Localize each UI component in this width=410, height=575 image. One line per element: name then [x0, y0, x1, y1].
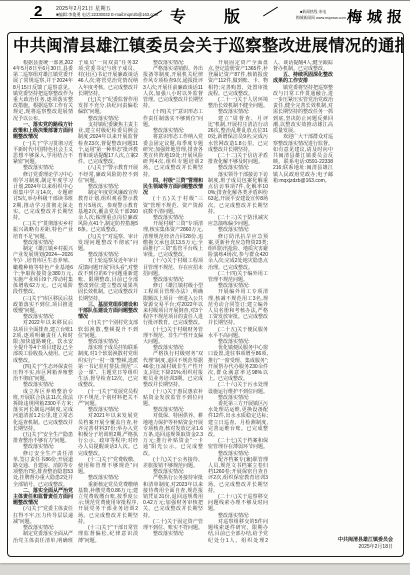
article-headline: 中共闽清县雄江镇委员会关于巡察整改进展情况的通报 [13, 37, 398, 56]
article-paragraph: 整改落实情况: [143, 531, 203, 537]
article-box: 中共闽清县雄江镇委员会关于巡察整改进展情况的通报 根据县委统一部署,2024年5… [7, 32, 404, 557]
hotline-line: ■新闻热线 来电 [300, 10, 326, 15]
article-paragraph: (一)关于“学习贯彻习近平新时代中国特色社会主义思想不够深入,学用结合不紧密”问… [13, 141, 73, 166]
article-paragraph: (十九)关于公务接待、差旅报销不够规范问题。 [143, 457, 203, 469]
article-paragraph: 开展固定资产全面盘点,登记造册资产1365件,补登漏记资产87件,核销报废资产1… [208, 60, 268, 97]
article-paragraph: (二十六)关于污水处理设施运行维护不到位问题。 [208, 382, 268, 394]
article-paragraph: 建立“周督查、月评比”机制,开展村庄清洁行动26次,整治乱堆乱放点位310处,新… [208, 116, 268, 153]
article-paragraph: 严格落实请销假、外出报备等制度,开展机关纪律作风专项检查9次,通报批评3人次;开… [143, 66, 203, 109]
article-paragraph: (十七)关于村级财务管理不规范、非生产性开支偏大问题。 [143, 327, 203, 346]
article-paragraph: (十五)关于村级“三资”管理不规范、资产资源底数不清问题。 [143, 196, 203, 215]
article-paragraph: (六)关于“党委主体责任扛得不牢,压力传导层层递减”问题。 [13, 506, 73, 525]
article-paragraph: (二十)关于固定资产管理不到位、账实不符问题。 [143, 519, 203, 531]
article-paragraph: (十四)关于“意识形态工作责任制落实不够到位”问题。 [143, 109, 203, 128]
article-paragraph: 制定年度党风廉政宣传教育计划,组织观看警示教育片5场次、参观警示教育基地2次,覆… [78, 190, 138, 233]
article-paragraph: 落实班子成员挂钩联系制度,对1个软弱涣散村党组织实行“一村一策”整顿,选派第一书… [78, 345, 138, 388]
article-paragraph: (二十三)关于防汛减灾应急演练偏少问题。 [208, 215, 268, 227]
article-paragraph: 委托第三方开展镇区污水处理站运维,更换设备配件12件,出水水质稳定达标;建立日巡… [208, 401, 268, 438]
masthead: 梅城报 [346, 6, 407, 27]
article-paragraph: 修订安全生产责任清单,签订责任书86份;开展道路交通、自建房、消防等专项整治7轮… [13, 451, 73, 488]
article-paragraph: (十三)关于“干部日常管理监督偏松,纪律意识淡薄”问题。 [78, 525, 138, 544]
article-paragraph: 严格执行村级财务“双代理”制度,退回不规范票据46张;压减村级非生产性开支,同比… [143, 351, 203, 388]
article-paragraph: (二十五)关于便民服务水平不高问题。 [208, 327, 268, 339]
signature-name: 中共闽清县雄江镇委员会 [338, 537, 393, 543]
section-heading: 一、落实党的路线方针政策和上级决策部署方面问题整改情况 [13, 122, 73, 141]
article-paragraph: (二十八)关于巡察移交问题线索办理不够及时问题。 [208, 494, 268, 513]
article-paragraph: 对低保、特困供养、耕地地力保护等补贴资金开展专项核查,核对发放记录1.6万条,追… [143, 413, 203, 456]
section-heading: 五、持续巩固深化整改成果的工作安排 [273, 72, 333, 84]
article-paragraph: 对2021年以来发展党员档案开展全覆盖自查,补齐完善材料37份;举办入党积极分子… [78, 413, 138, 456]
article-paragraph: 根据县委统一部署,2024年5月8日至6月30日,县委第二巡察组对雄江镇党委开展… [13, 60, 73, 122]
article-paragraph: (二十二)关于信访矛盾排查化解不够及时问题。 [208, 153, 268, 165]
article-paragraph: 将意识形态工作纳入党委会固定议题,每季度专题研究;加强阵地管理,排查各类宣传阵地… [143, 134, 203, 177]
section-heading: 四、村级“三资”管理和民生领域等方面问题整改情况 [143, 178, 203, 197]
article-paragraph: (九)关于“对巡察、审计发现问题整改不彻底”问题。 [78, 234, 138, 253]
article-paragraph: 配齐档案专(兼)职管理人员,规范文书档案立卷归档1260卷;开展保密自查自评2次… [208, 457, 268, 494]
article-paragraph: (二)关于“贯彻落实乡村振兴战略有差距,特色产业培育不足”问题。 [13, 221, 73, 240]
article-paragraph: (二十七)关于档案和保密管理存在薄弱环节问题。 [208, 438, 268, 450]
article-paragraph: (三)关于“库区移民后扶政策落实不到位,项目推进缓慢”问题。 [13, 296, 73, 315]
article-columns: 根据县委统一部署,2024年5月8日至6月30日,县委第二巡察组对雄江镇党委开展… [13, 60, 398, 548]
article-paragraph: 优化镇便民服务中心窗口设置,进驻事项增至86项,推行“一窗受理、集成服务”;开展… [208, 345, 268, 382]
article-paragraph: 镇党委将坚持把巡察整改与日常工作贯通融合,进一步压紧压实管党治党政治责任,健全完… [273, 85, 333, 135]
article-paragraph: 重新核定党员党费缴纳基数,补缴党费0.86万元;建立党费收缴台账,按季度公示;规… [78, 482, 138, 525]
article-paragraph: 成立库区养殖整治专班,开展联合执法11次,依法拆除违规网箱2300平方米;落实河… [13, 389, 73, 432]
article-paragraph: 落实领导干部接访下访制度,班子成员包案化解重点信访事项7件,化解率100%;排查… [208, 172, 268, 215]
article-paragraph: 制定《雄江镇乡村振兴产业发展规划(2024—2026年)》,培育库区生态养殖、橄… [13, 246, 73, 296]
article-paragraph: 支持镇纪委聚焦主责主业,建立村级纪检委员例会制度;2024年以来开展监督检查23… [78, 122, 138, 165]
article-paragraph: 严格执行公务接待审批和清单制度,对2023年以来接待费用全面自查,规范报销凭证3… [143, 475, 203, 518]
article-paragraph: (四)关于“生态环保责任压得不实,库区网箱养殖整治不彻底”问题。 [13, 364, 73, 383]
article-paragraph: (二十一)关于人居环境整治长效机制不健全问题。 [208, 97, 268, 109]
article-paragraph: (十二)关于“党费收缴、使用和管理不够规范”问题。 [78, 457, 138, 476]
article-paragraph: 开展村级“三资”专项清理,核实集体资产2860万元,清理规范经济合同28份,追缴… [143, 221, 203, 258]
signature-date: 2025年2月18日 [338, 544, 393, 550]
article-paragraph: 修订《雄江镇村级小型工程项目管理办法》,明确限额以上项目一律进入公共资源交易平台… [143, 283, 203, 326]
edition-title: 专版 [170, 4, 278, 27]
article-paragraph: (八)关于“警示教育开展不经常,廉政风险防控不到位”问题。 [78, 165, 138, 184]
article-paragraph: (十六)关于村级工程项目管理不规范、存在应招未招问题。 [143, 258, 203, 277]
article-paragraph: (十一)关于“发展党员程序不规范,个别材料把关不严”问题。 [78, 389, 138, 408]
article-paragraph: (五)关于“安全生产隐患排查整治不够有力”问题。 [13, 432, 73, 444]
article-paragraph: 对2022年以来移民后扶项目全面排查,建立台账12项,逐项明确责任人和时限;加快… [13, 320, 73, 363]
article-paragraph: 修订党委理论学习中心组学习制度,制定年度学习计划,2024年以来组织中心组集中学… [13, 172, 73, 222]
article-paragraph: 对上轮巡察及近年审计反馈问题开展“回头看”,对整改不到位的6个问题重新建账、限期… [78, 258, 138, 301]
page-header: 2 2025年2月21日 星期五 ■编辑:李俊勇 电话:22330032 E-m… [0, 1, 410, 31]
section-heading: 二、落实全面从严治党主体责任和监督责任方面问题整改情况 [13, 488, 73, 507]
article-paragraph: 修订防汛抗旱应急预案,更新补充应急物资23类;组织防汛抢险、地质灾害避险演练4场… [208, 234, 268, 271]
article-paragraph: 开展编外用工专项清理,核减不规范用工3名,规范劳动合同签订;建立编外人员名册和考… [208, 289, 268, 326]
signature-block: 中共闽清县雄江镇委员会 2025年2月18日 [334, 537, 393, 550]
site-line: 梅城新闻网 www.mqxww.com [296, 16, 346, 21]
header-rule [30, 18, 150, 19]
article-paragraph: 欢迎广大干部群众对巡察整改落实情况进行监督。如有意见建议,请及时向中共闽清县雄江… [273, 134, 333, 184]
date-line: 2025年2月21日 星期五 [56, 5, 111, 12]
article-paragraph: (十八)关于惠民惠农补贴资金发放监管不到位问题。 [143, 389, 203, 408]
section-heading: 三、基层党组织建设和干部队伍建设方面问题整改情况 [78, 302, 138, 321]
article-paragraph: (二十四)关于编外用工管理不规范问题。 [208, 271, 268, 283]
article-paragraph: (七)关于“纪委监督作用发挥不充分,执纪问责偏松偏软”问题。 [78, 97, 138, 116]
article-paragraph: (十)关于“个别村党支部软弱涣散,整顿提升不到位”问题。 [78, 320, 138, 339]
newspaper-page: 2 2025年2月21日 星期五 ■编辑:李俊勇 电话:22330032 E-m… [0, 0, 410, 563]
